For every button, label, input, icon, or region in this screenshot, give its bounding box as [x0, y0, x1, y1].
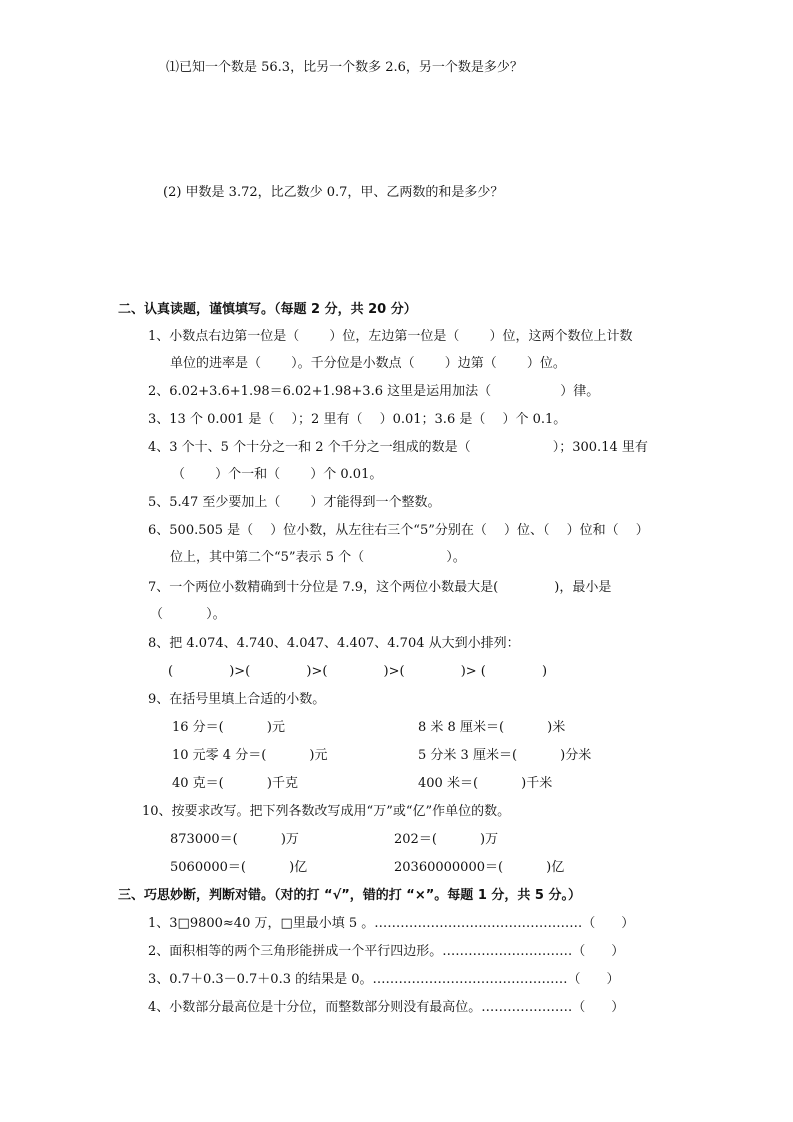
section-three-heading: 三、巧思妙断，判断对错。（对的打 “√”，错的打 “×”。每题 1 分，共 5 …: [118, 888, 581, 904]
q4-line1: 4、3 个十、5 个十分之一和 2 个千分之一组成的数是（ ）；300.14 里…: [148, 440, 648, 456]
section-two-heading: 二、认真读题，谨慎填写。（每题 2 分，共 20 分）: [118, 302, 417, 318]
q8-line2: ( )>( )>( )>( )> ( ): [168, 664, 547, 680]
q10-item: 873000＝( )万: [170, 832, 299, 848]
q9-item: 8 米 8 厘米＝( )米: [418, 720, 565, 736]
judge-item: 4、小数部分最高位是十分位，而整数部分则没有最高位。…………………（ ）: [148, 1000, 624, 1016]
q1-line2: 单位的进率是（ ）。千分位是小数点（ ）边第（ ）位。: [170, 356, 566, 372]
q1-line1: 1、小数点右边第一位是（ ）位，左边第一位是（ ）位，这两个数位上计数: [148, 329, 633, 345]
q7-line2: （ ）。: [150, 607, 226, 623]
q9-item: 16 分＝( )元: [172, 720, 285, 736]
problem-2: (2) 甲数是 3.72，比乙数少 0.7，甲、乙两数的和是多少？: [163, 185, 503, 201]
q10-item: 5060000＝( )亿: [170, 860, 307, 876]
q9-item: 40 克＝( )千克: [172, 776, 298, 792]
q5: 5、5.47 至少要加上（ ）才能得到一个整数。: [148, 495, 440, 511]
q10-item: 202＝( )万: [394, 832, 498, 848]
q9-title: 9、在括号里填上合适的小数。: [148, 692, 325, 708]
judge-item: 1、3□9800≈40 万，□里最小填 5 。…………………………………………（…: [148, 916, 634, 932]
judge-item: 3、0.7＋0.3－0.7＋0.3 的结果是 0。…………………………………………: [148, 972, 620, 988]
judge-item: 2、面积相等的两个三角形能拼成一个平行四边形。…………………………（ ）: [148, 944, 624, 960]
q6-line1: 6、500.505 是（ ）位小数，从左往右三个“5”分别在（ ）位、（ ）位和…: [148, 523, 649, 539]
q9-item: 10 元零 4 分＝( )元: [172, 748, 328, 764]
q9-item: 400 米＝( )千米: [418, 776, 552, 792]
q6-line2: 位上，其中第二个“5”表示 5 个（ ）。: [170, 550, 466, 566]
q9-item: 5 分米 3 厘米＝( )分米: [418, 748, 591, 764]
q8-line1: 8、把 4.074、4.740、4.047、4.407、4.704 从大到小排列…: [148, 636, 520, 652]
q4-line2: （ ）个一和（ ）个 0.01。: [172, 467, 382, 483]
problem-1: ⑴已知一个数是 56.3，比另一个数多 2.6，另一个数是多少？: [166, 60, 523, 76]
q2: 2、6.02+3.6+1.98＝6.02+1.98+3.6 这里是运用加法（ ）…: [148, 384, 599, 400]
q10-item: 20360000000＝( )亿: [394, 860, 564, 876]
q10-title: 10、按要求改写。把下列各数改写成用“万”或“亿”作单位的数。: [142, 804, 510, 820]
q7-line1: 7、一个两位小数精确到十分位是 7.9，这个两位小数最大是( )，最小是: [148, 580, 611, 596]
q3: 3、13 个 0.001 是（ ）；2 里有（ ）0.01；3.6 是（ ）个 …: [148, 412, 566, 428]
